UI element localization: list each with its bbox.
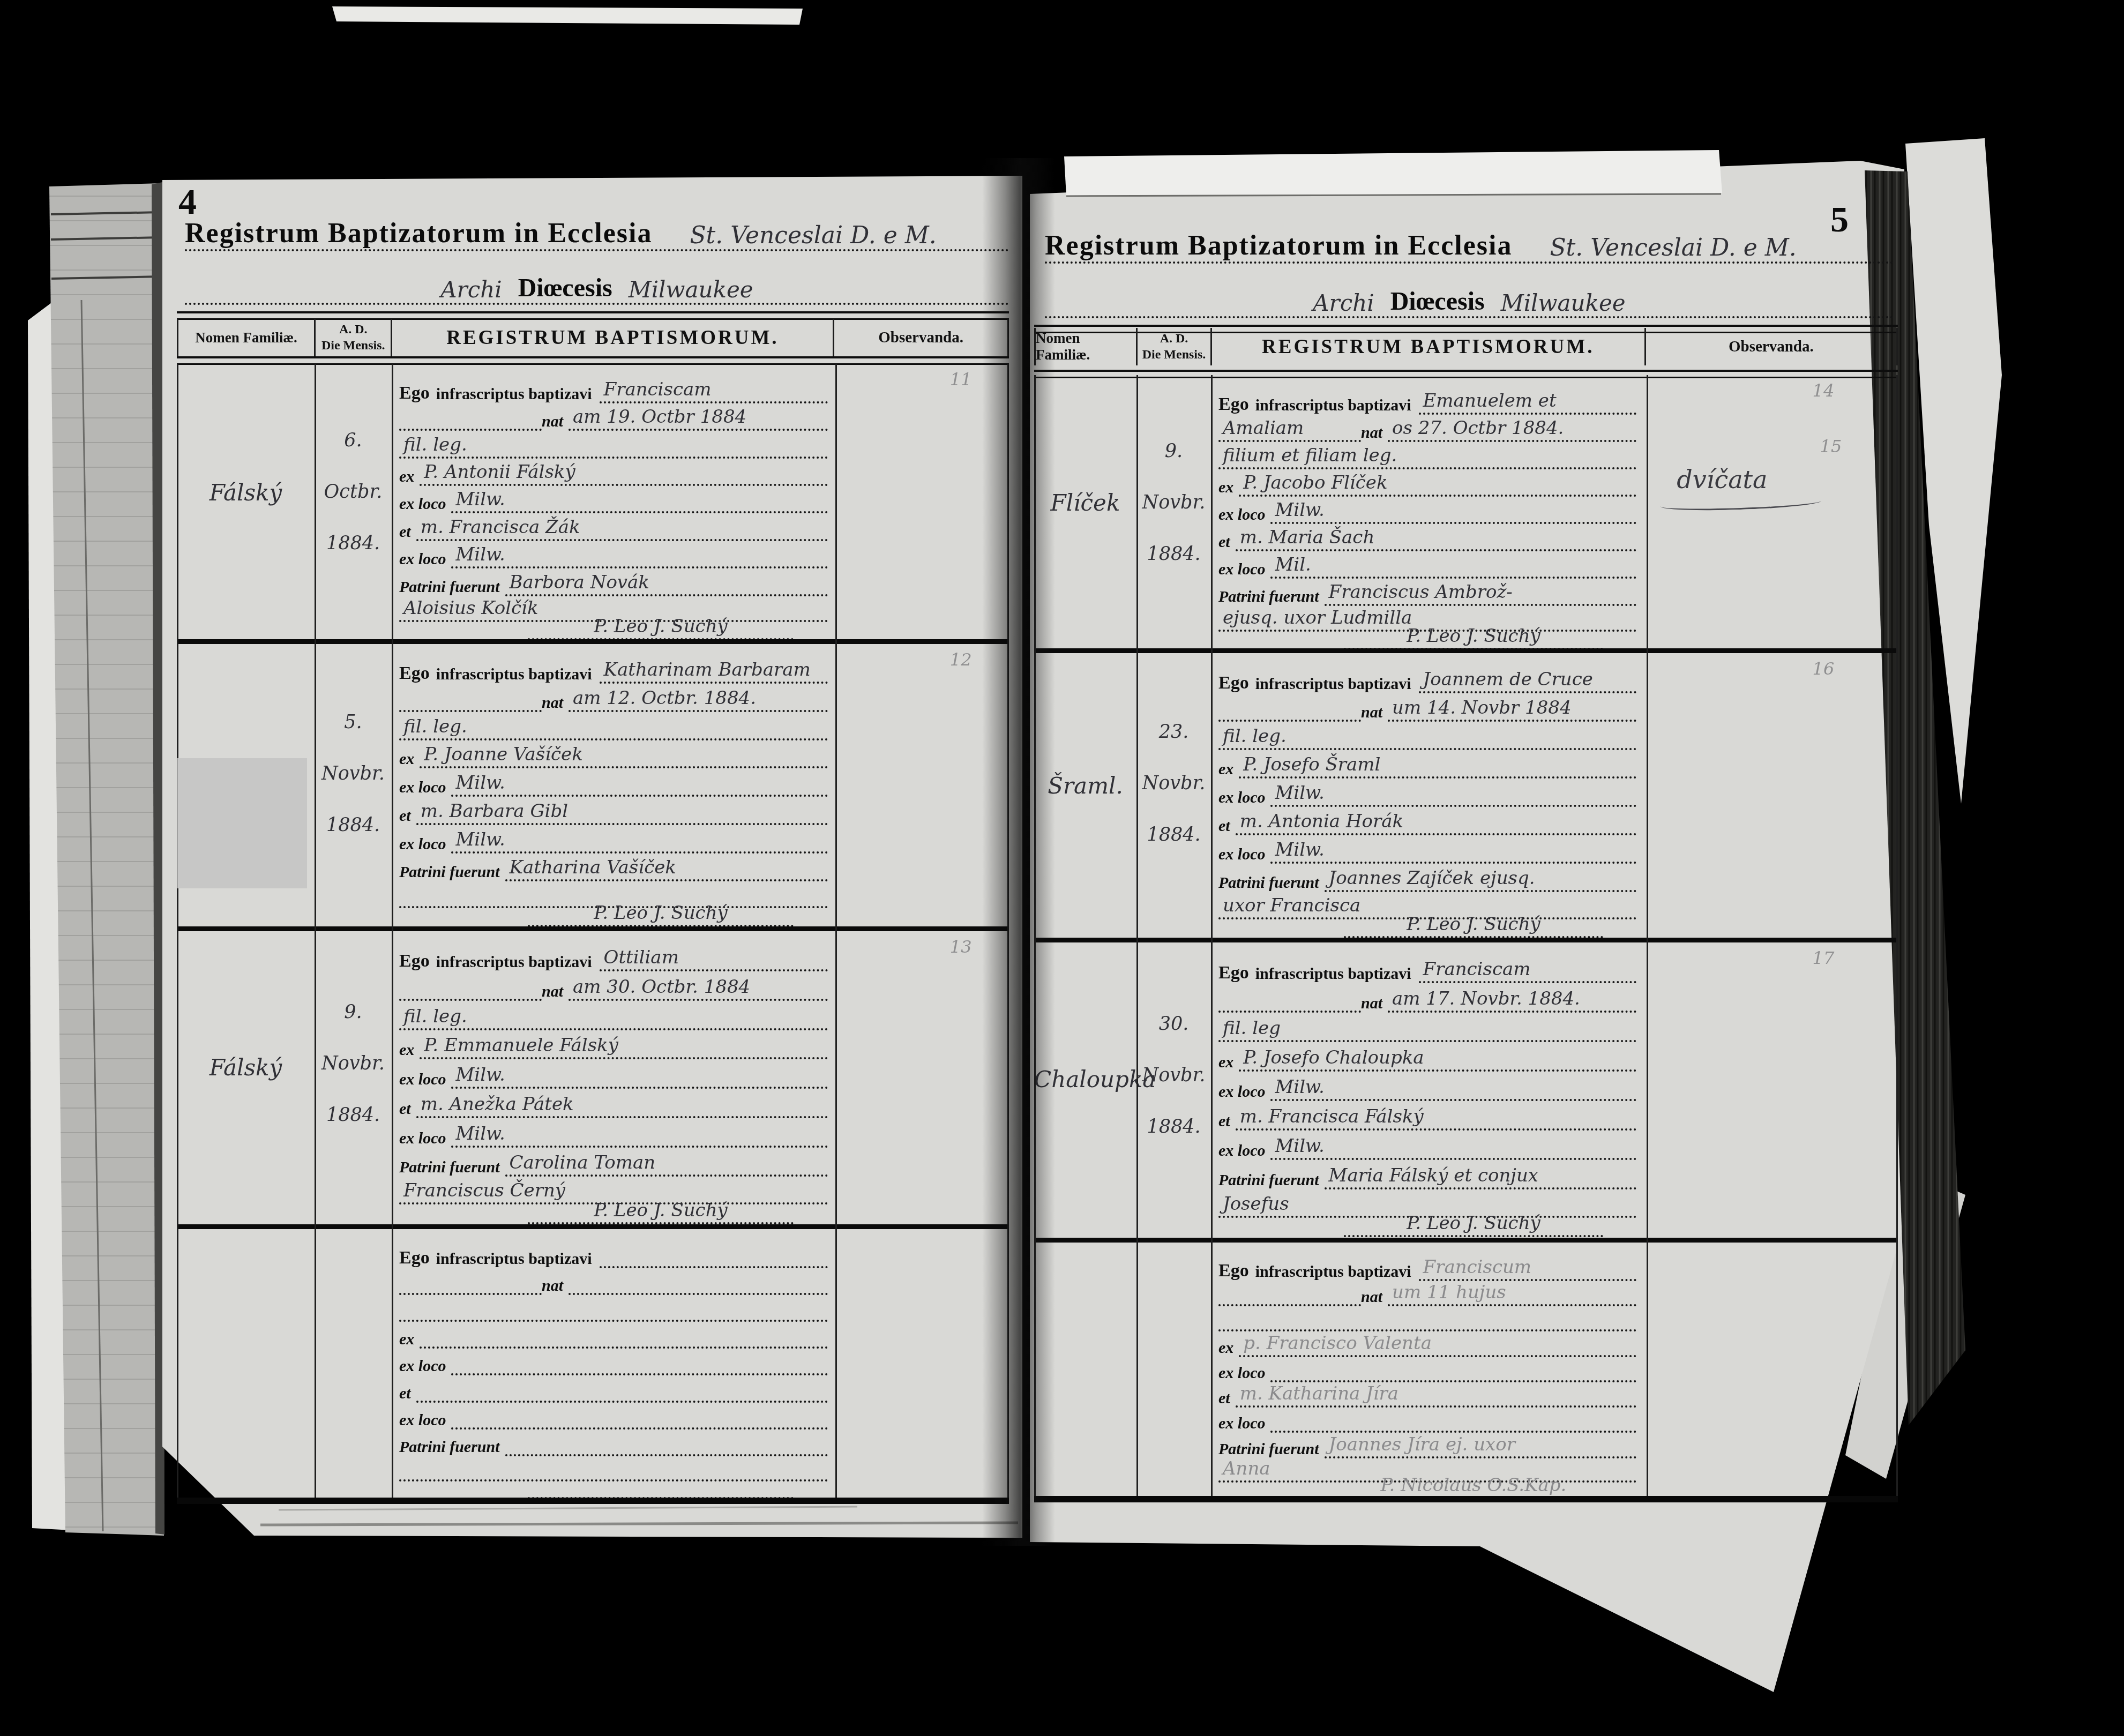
line-mother: et m. Katharina Jíra	[1218, 1382, 1636, 1408]
label-nat: nat	[542, 1277, 569, 1295]
hw-mother-place: Milw.	[1270, 839, 1636, 864]
line-mother: et m. Francisca Fálský	[1218, 1105, 1636, 1131]
hw-father	[420, 1345, 828, 1349]
hw-priest-signature: P. Leo J. Suchý	[1344, 625, 1603, 650]
entry-form-lines: Ego infrascriptus baptizavi Joannem de C…	[1218, 653, 1636, 938]
line-signature: P. Leo J. Suchý	[399, 616, 828, 640]
label-ex: ex	[399, 1330, 420, 1349]
label-et: et	[1218, 533, 1236, 551]
family-name: Šraml.	[1034, 773, 1136, 799]
line-signature: P. Leo J. Suchý	[1218, 625, 1636, 650]
register-entry: Šraml. 23. Novbr. 1884. Ego infrascriptu…	[1034, 648, 1898, 938]
hw-father-place: Milw.	[451, 772, 828, 797]
column-header-observanda: Observanda.	[1646, 328, 1896, 365]
line-father-place: ex loco Milw.	[1218, 498, 1636, 524]
observanda-pencil-number: 16	[1813, 659, 1835, 679]
label-patrini: Patrini fuerunt	[1218, 1171, 1325, 1189]
date-day: 30.	[1159, 1013, 1189, 1035]
label-patrini: Patrini fuerunt	[1218, 874, 1325, 892]
line-father: ex P. Emmanuele Fálský	[399, 1034, 828, 1059]
hw-baptized: Katharinam Barbaram	[600, 659, 828, 684]
label-ego-rest: infrascriptus baptizavi	[436, 1250, 600, 1268]
line-mother: et m. Francisca Žák	[399, 515, 828, 541]
entry-date	[1136, 1304, 1211, 1364]
label-et: et	[1218, 1389, 1236, 1408]
line-filiation: filium et filiam leg.	[1218, 444, 1636, 469]
column-header-date: A. D. Die Mensis.	[316, 319, 392, 356]
line-ego: Ego infrascriptus baptizavi	[399, 1243, 828, 1268]
date-year: 1884.	[1147, 543, 1200, 565]
diocese-line: Archi Diœcesis Milwaukee	[1045, 281, 1894, 318]
label-ego-rest: infrascriptus baptizavi	[1255, 965, 1419, 983]
label-patrini: Patrini fuerunt	[1218, 588, 1325, 606]
register-entry: Ego infrascriptus baptizavi Franciscum n…	[1034, 1238, 1898, 1496]
label-et: et	[399, 1385, 416, 1403]
hw-baptized: Franciscam	[600, 379, 828, 403]
line-signature	[399, 1475, 828, 1499]
line-ego: Ego infrascriptus baptizavi Franciscam	[399, 378, 828, 403]
line-signature: P. Leo J. Suchý	[399, 1200, 828, 1224]
line-father: ex P. Josefo Šraml	[1218, 753, 1636, 779]
label-ego: Ego	[1218, 394, 1255, 415]
label-nat: nat	[1361, 704, 1388, 722]
hw-godparent-1: Maria Fálský et conjux	[1325, 1165, 1636, 1189]
label-ex-loco: ex loco	[399, 495, 451, 513]
hw-mother-place: Milw.	[451, 1123, 828, 1148]
hw-baptized-2	[399, 428, 542, 431]
label-ex-loco: ex loco	[1218, 1142, 1270, 1160]
label-ex-loco: ex loco	[1218, 789, 1270, 807]
line-signature: P. Leo J. Suchý	[1218, 1213, 1636, 1237]
hw-church-name: St. Venceslai D. e M.	[690, 222, 936, 249]
date-month: Novbr.	[321, 1053, 385, 1074]
observanda-cell	[835, 1229, 1009, 1498]
label-ego: Ego	[399, 951, 436, 971]
line-mother: et m. Antonia Horák	[1218, 810, 1636, 835]
line-mother-place: ex loco Milw.	[1218, 838, 1636, 864]
hw-filiation: fil. leg.	[399, 716, 828, 740]
label-ex: ex	[1218, 478, 1239, 497]
line-ego: Ego infrascriptus baptizavi Joannem de C…	[1218, 668, 1636, 693]
line-patrini: Patrini fuerunt	[399, 1431, 828, 1456]
line-mother: et m. Anežka Pátek	[399, 1093, 828, 1118]
family-name: Fálský	[177, 480, 315, 506]
hw-baptized: Franciscum	[1419, 1256, 1636, 1281]
label-ex-loco: ex loco	[1218, 506, 1270, 524]
hw-father-place: Milw.	[451, 1064, 828, 1089]
hw-archi: Archi	[1313, 290, 1374, 316]
hw-baptized	[600, 1265, 828, 1268]
line-nat: nat um 14. Novbr 1884	[1218, 696, 1636, 722]
line-father-place: ex loco Milw.	[1218, 1075, 1636, 1101]
hw-mother-place: Milw.	[451, 829, 828, 854]
label-patrini: Patrini fuerunt	[1218, 1440, 1325, 1458]
family-name: Chaloupka	[1034, 1066, 1136, 1093]
line-ego: Ego infrascriptus baptizavi Ottiliam	[399, 946, 828, 971]
hw-priest-signature: P. Leo J. Suchý	[528, 616, 794, 640]
label-ego-rest: infrascriptus baptizavi	[436, 665, 600, 684]
hw-father: P. Emmanuele Fálský	[420, 1035, 828, 1059]
line-nat: nat	[399, 1269, 828, 1295]
entry-form-lines: Ego infrascriptus baptizavi Franciscam n…	[1218, 942, 1636, 1238]
label-ex-loco: ex loco	[399, 779, 451, 797]
label-ego-rest: infrascriptus baptizavi	[1255, 396, 1419, 415]
label-nat: nat	[542, 694, 569, 712]
hw-father: P. Josefo Chaloupka	[1239, 1047, 1636, 1072]
line-signature: P. Nicolaus O.S.Kap.	[1218, 1475, 1636, 1499]
hw-mother: m. Francisca Žák	[416, 517, 828, 541]
label-ego-rest: infrascriptus baptizavi	[436, 385, 600, 403]
column-header-registrum: REGISTRUM BAPTISMORUM.	[1212, 328, 1646, 365]
hw-baptized: Emanuelem et	[1419, 390, 1636, 415]
register-page-right: 5 Registrum Baptizatorum in Ecclesia St.…	[1030, 192, 1911, 1545]
hw-father-place: Milw.	[1270, 499, 1636, 524]
printed-diocese: Diœcesis	[518, 273, 612, 303]
line-patrini: Patrini fuerunt Franciscus Ambrož-	[1218, 580, 1636, 606]
observanda-cell: 11	[835, 364, 1009, 639]
observanda-cell: 13	[835, 931, 1009, 1224]
hw-godparent-1: Barbora Novák	[505, 572, 828, 596]
observanda-pencil-number: 17	[1813, 948, 1835, 968]
label-ex-loco: ex loco	[399, 1071, 451, 1089]
label-ego-rest: infrascriptus baptizavi	[436, 953, 600, 971]
hw-father: P. Josefo Šraml	[1239, 754, 1636, 779]
line-patrini: Patrini fuerunt Joannes Jíra ej. uxor	[1218, 1433, 1636, 1458]
hw-mother-place	[451, 1426, 828, 1430]
column-header-die: Die Mensis.	[321, 338, 385, 354]
label-ex-loco: ex loco	[399, 1129, 451, 1148]
date-day: 6.	[344, 430, 362, 451]
entry-form-lines: Ego infrascriptus baptizavi Franciscam n…	[399, 364, 828, 639]
hw-priest-signature: P. Nicolaus O.S.Kap.	[1344, 1475, 1603, 1499]
date-day: 23.	[1159, 721, 1189, 743]
observanda-pencil-number: 15	[1820, 436, 1842, 457]
hw-mother	[416, 1400, 828, 1403]
hw-mother: m. Katharina Jíra	[1236, 1383, 1636, 1408]
line-father-place: ex loco	[399, 1350, 828, 1375]
hw-birthdate: am 17. Novbr. 1884.	[1388, 988, 1636, 1013]
hw-filiation: filium et filiam leg.	[1218, 445, 1636, 469]
line-mother-place: ex loco Milw.	[399, 543, 828, 568]
observanda-cell: 12	[835, 644, 1009, 926]
family-name: Flíček	[1034, 490, 1136, 516]
date-month: Octbr.	[324, 481, 383, 503]
top-slip-sheet	[1064, 150, 1722, 196]
label-nat: nat	[1361, 1288, 1388, 1306]
observanda-cell: 16	[1647, 653, 1898, 938]
column-header-date: A. D. Die Mensis.	[1138, 328, 1211, 365]
label-et: et	[399, 1100, 416, 1118]
hw-birthdate: am 19. Octbr 1884	[569, 406, 828, 431]
label-nat: nat	[542, 413, 569, 431]
label-ex-loco: ex loco	[1218, 560, 1270, 579]
line-filiation: fil. leg.	[399, 433, 828, 459]
observanda-pencil-number: 14	[1813, 380, 1835, 401]
diocese-line: Archi Diœcesis Milwaukee	[185, 267, 1009, 305]
printed-title: Registrum Baptizatorum in Ecclesia	[1045, 230, 1512, 261]
hw-godparent-1: Franciscus Ambrož-	[1325, 581, 1636, 606]
line-nat: nat um 11 hujus	[1218, 1281, 1636, 1306]
hw-priest-signature: P. Leo J. Suchý	[528, 1200, 794, 1224]
line-patrini: Patrini fuerunt Joannes Zajíček ejusq.	[1218, 866, 1636, 892]
label-ego: Ego	[399, 663, 436, 684]
label-ego: Ego	[1218, 1261, 1255, 1281]
hw-baptized-2	[1218, 1009, 1361, 1013]
line-mother-place: ex loco Milw.	[1218, 1134, 1636, 1160]
register-entry: Fálský 9. Novbr. 1884. Ego infrascriptus…	[177, 926, 1009, 1224]
hw-filiation: fil. leg	[1218, 1017, 1636, 1042]
label-ex-loco: ex loco	[1218, 845, 1270, 864]
line-nat: Amaliam nat os 27. Octbr 1884.	[1218, 416, 1636, 442]
entry-date: 9. Novbr. 1884.	[315, 1001, 392, 1126]
line-father: ex P. Joanne Vašíček	[399, 743, 828, 768]
label-ego-rest: infrascriptus baptizavi	[1255, 675, 1419, 693]
line-nat: nat am 12. Octbr. 1884.	[399, 686, 828, 712]
observanda-cell	[1647, 1243, 1898, 1496]
line-mother: et m. Maria Šach	[1218, 526, 1636, 551]
hw-mother-place: Mil.	[1270, 554, 1636, 579]
line-ego: Ego infrascriptus baptizavi Franciscum	[1218, 1255, 1636, 1281]
hw-father-place	[451, 1372, 828, 1375]
line-ego: Ego infrascriptus baptizavi Franciscam	[1218, 957, 1636, 983]
line-nat: nat am 17. Novbr. 1884.	[1218, 987, 1636, 1013]
label-et: et	[1218, 817, 1236, 835]
hw-baptized-2	[399, 998, 542, 1001]
register-entry: Fálský 6. Octbr. 1884. Ego infrascriptus…	[177, 364, 1009, 639]
date-month: Novbr.	[321, 763, 385, 784]
hw-diocese-name: Milwaukee	[629, 276, 753, 303]
entry-form-lines: Ego infrascriptus baptizavi Katharinam B…	[399, 644, 828, 926]
hw-birthdate: am 12. Octbr. 1884.	[569, 687, 828, 712]
hw-godparent-1: Carolina Toman	[505, 1152, 828, 1177]
line-ego: Ego infrascriptus baptizavi Katharinam B…	[399, 658, 828, 684]
date-year: 1884.	[326, 814, 380, 836]
label-et: et	[1218, 1112, 1236, 1131]
register-entry: Chaloupka 30. Novbr. 1884. Ego infrascri…	[1034, 938, 1898, 1238]
column-header-ad: A. D.	[1160, 331, 1188, 347]
label-patrini: Patrini fuerunt	[399, 1158, 505, 1177]
hw-church-name: St. Venceslai D. e M.	[1550, 234, 1796, 261]
entry-date: 23. Novbr. 1884.	[1136, 721, 1211, 845]
line-father: ex P. Jacobo Flíček	[1218, 471, 1636, 497]
hw-father-place: Milw.	[451, 489, 828, 513]
label-ex-loco: ex loco	[399, 1357, 451, 1375]
observanda-pencil-number: 12	[950, 649, 972, 670]
date-day: 5.	[344, 712, 362, 733]
label-patrini: Patrini fuerunt	[399, 863, 505, 881]
page-title: Registrum Baptizatorum in Ecclesia St. V…	[185, 205, 1009, 251]
hw-father: p. Francisco Valenta	[1239, 1333, 1636, 1357]
label-ex: ex	[399, 1041, 420, 1059]
hw-father-place: Milw.	[1270, 782, 1636, 807]
entry-date: 30. Novbr. 1884.	[1136, 1013, 1211, 1138]
line-filiation: fil. leg	[1218, 1016, 1636, 1042]
line-filiation: fil. leg.	[1218, 724, 1636, 750]
hw-mother-place: Milw.	[451, 544, 828, 568]
hw-filiation: fil. leg.	[1218, 725, 1636, 750]
line-patrini: Patrini fuerunt Carolina Toman	[399, 1151, 828, 1177]
hw-father-place: Milw.	[1270, 1076, 1636, 1101]
line-mother-place: ex loco Milw.	[399, 828, 828, 854]
hw-filiation: fil. leg.	[399, 434, 828, 459]
hw-baptized-2	[399, 1292, 542, 1295]
hw-priest-signature: P. Leo J. Suchý	[1344, 914, 1603, 938]
hw-archi: Archi	[440, 276, 502, 303]
label-ex-loco: ex loco	[399, 835, 451, 854]
hw-filiation: fil. leg.	[399, 1006, 828, 1030]
hw-mother: m. Maria Šach	[1236, 527, 1636, 551]
entry-form-lines: Ego infrascriptus baptizavi Ottiliam nat…	[399, 931, 828, 1224]
entry-form-lines: Ego infrascriptus baptizavi Franciscum n…	[1218, 1243, 1636, 1496]
line-signature: P. Leo J. Suchý	[1218, 914, 1636, 938]
hw-priest-signature: P. Leo J. Suchý	[528, 902, 794, 927]
label-patrini: Patrini fuerunt	[399, 1438, 505, 1456]
column-header-nomen: Nomen Familiæ.	[178, 319, 316, 356]
line-father-place: ex loco	[1218, 1357, 1636, 1382]
register-entry: Flíček 9. Novbr. 1884. Ego infrascriptus…	[1034, 375, 1898, 648]
label-nat: nat	[1361, 424, 1388, 442]
hw-baptized-2	[1218, 719, 1361, 722]
label-ex: ex	[1218, 760, 1239, 779]
line-filiation: fil. leg.	[399, 1005, 828, 1030]
line-patrini: Patrini fuerunt Barbora Novák	[399, 571, 828, 596]
label-ex: ex	[1218, 1339, 1239, 1357]
label-ex: ex	[399, 468, 420, 486]
line-mother: et	[399, 1377, 828, 1403]
line-mother-place: ex loco	[1218, 1407, 1636, 1433]
column-header-ad: A. D.	[339, 321, 368, 338]
label-ego-rest: infrascriptus baptizavi	[1255, 1263, 1419, 1281]
hw-birthdate: um 11 hujus	[1388, 1282, 1636, 1306]
label-ego: Ego	[1218, 673, 1255, 693]
line-signature: P. Leo J. Suchý	[399, 902, 828, 927]
date-month: Novbr.	[1142, 773, 1206, 794]
column-header-nomen: Nomen Familiæ.	[1036, 328, 1138, 365]
entry-date	[315, 1293, 392, 1353]
observanda-pencil-number: 11	[950, 369, 972, 390]
hw-godparent-1: Katharina Vašíček	[505, 857, 828, 881]
label-ex-loco: ex loco	[399, 1411, 451, 1430]
date-year: 1884.	[326, 533, 380, 554]
printed-diocese: Diœcesis	[1390, 287, 1485, 316]
hw-mother: m. Anežka Pátek	[416, 1094, 828, 1118]
column-header-registrum: REGISTRUM BAPTISMORUM.	[392, 319, 834, 356]
hw-diocese-name: Milwaukee	[1501, 290, 1626, 316]
date-day: 9.	[344, 1001, 362, 1023]
label-et: et	[399, 523, 416, 541]
entry-date: 5. Novbr. 1884.	[315, 712, 392, 836]
label-ego: Ego	[1218, 963, 1255, 983]
hw-baptized-2	[399, 709, 542, 712]
top-sheet-sliver	[332, 6, 803, 25]
table-bottom-rule	[177, 1498, 1009, 1504]
label-patrini: Patrini fuerunt	[399, 578, 505, 596]
label-ego: Ego	[399, 1248, 436, 1268]
hw-mother: m. Francisca Fálský	[1236, 1106, 1636, 1131]
page-title: Registrum Baptizatorum in Ecclesia St. V…	[1045, 218, 1894, 264]
observanda-pencil-number: 13	[950, 937, 972, 957]
line-father: ex P. Josefo Chaloupka	[1218, 1046, 1636, 1072]
line-mother-place: ex loco Milw.	[399, 1122, 828, 1148]
observanda-cell: 17	[1647, 942, 1898, 1238]
line-patrini: Patrini fuerunt Katharina Vašíček	[399, 856, 828, 881]
entry-form-lines: Ego infrascriptus baptizavi Emanuelem et…	[1218, 375, 1636, 648]
hw-father: P. Joanne Vašíček	[420, 744, 828, 768]
hw-baptized: Franciscam	[1419, 959, 1636, 983]
hw-baptized: Joannem de Cruce	[1419, 669, 1636, 693]
entry-form-lines: Ego infrascriptus baptizavi nat ex ex lo…	[399, 1229, 828, 1498]
line-ego: Ego infrascriptus baptizavi Emanuelem et	[1218, 389, 1636, 415]
scan-redaction-patch	[177, 758, 307, 888]
line-father-place: ex loco Milw.	[399, 771, 828, 797]
label-ego: Ego	[399, 383, 436, 403]
hw-birthdate	[569, 1292, 828, 1295]
date-year: 1884.	[1147, 824, 1200, 845]
hw-godparent-1: Joannes Jíra ej. uxor	[1325, 1434, 1636, 1458]
hw-baptized-2: Amaliam	[1218, 417, 1361, 442]
entry-date: 6. Octbr. 1884.	[315, 430, 392, 554]
line-filiation: fil. leg.	[399, 715, 828, 740]
observanda-cell: 14 15 dvíčata	[1647, 375, 1898, 648]
date-month: Novbr.	[1142, 1065, 1206, 1086]
hw-baptized: Ottiliam	[600, 947, 828, 971]
hw-mother: m. Antonia Horák	[1236, 811, 1636, 835]
register-entry: Ego infrascriptus baptizavi nat ex ex lo…	[177, 1224, 1009, 1498]
label-ex-loco: ex loco	[1218, 1364, 1270, 1382]
label-ex-loco: ex loco	[1218, 1083, 1270, 1101]
table-header: Nomen Familiæ. A. D. Die Mensis. REGISTR…	[177, 319, 1009, 356]
hw-father: P. Jacobo Flíček	[1239, 472, 1636, 497]
date-year: 1884.	[326, 1104, 380, 1126]
printed-title: Registrum Baptizatorum in Ecclesia	[185, 218, 652, 249]
hw-priest-signature: P. Leo J. Suchý	[1344, 1213, 1603, 1237]
hw-filiation	[399, 1319, 828, 1322]
date-day: 9.	[1165, 440, 1183, 462]
label-ex: ex	[399, 750, 420, 768]
observanda-note: dvíčata	[1677, 465, 1821, 510]
table-header: Nomen Familiæ. A. D. Die Mensis. REGISTR…	[1034, 328, 1898, 365]
label-nat: nat	[1361, 994, 1388, 1013]
line-father-place: ex loco Milw.	[399, 488, 828, 513]
line-patrini: Patrini fuerunt Maria Fálský et conjux	[1218, 1164, 1636, 1189]
line-mother-place: ex loco Mil.	[1218, 553, 1636, 579]
line-father-place: ex loco Milw.	[399, 1063, 828, 1089]
entries-right: Flíček 9. Novbr. 1884. Ego infrascriptus…	[1034, 375, 1898, 1496]
hw-godparent-1: Joannes Zajíček ejusq.	[1325, 867, 1636, 892]
column-header-die: Die Mensis.	[1142, 347, 1206, 363]
date-month: Novbr.	[1142, 492, 1206, 513]
left-page-stack-edge	[49, 183, 164, 1536]
hw-father: P. Antonii Fálský	[420, 461, 828, 486]
line-father: ex	[399, 1323, 828, 1349]
line-father-place: ex loco Milw.	[1218, 781, 1636, 807]
table-bottom-rule	[1034, 1496, 1898, 1502]
label-ex-loco: ex loco	[399, 550, 451, 568]
line-father: ex p. Francisco Valenta	[1218, 1331, 1636, 1357]
entries-left: Fálský 6. Octbr. 1884. Ego infrascriptus…	[177, 364, 1009, 1498]
line-filiation	[399, 1296, 828, 1322]
line-nat: nat am 19. Octbr 1884	[399, 405, 828, 431]
hw-mother-place: Milw.	[1270, 1135, 1636, 1160]
hw-birthdate: um 14. Novbr 1884	[1388, 697, 1636, 722]
line-nat: nat am 30. Octbr. 1884	[399, 975, 828, 1001]
entry-date: 9. Novbr. 1884.	[1136, 440, 1211, 565]
hw-birthdate: am 30. Octbr. 1884	[569, 976, 828, 1001]
scanned-register-spread: 4 Registrum Baptizatorum in Ecclesia St.…	[0, 0, 2124, 1736]
label-nat: nat	[542, 983, 569, 1001]
line-father: ex P. Antonii Fálský	[399, 460, 828, 486]
line-filiation	[1218, 1306, 1636, 1331]
